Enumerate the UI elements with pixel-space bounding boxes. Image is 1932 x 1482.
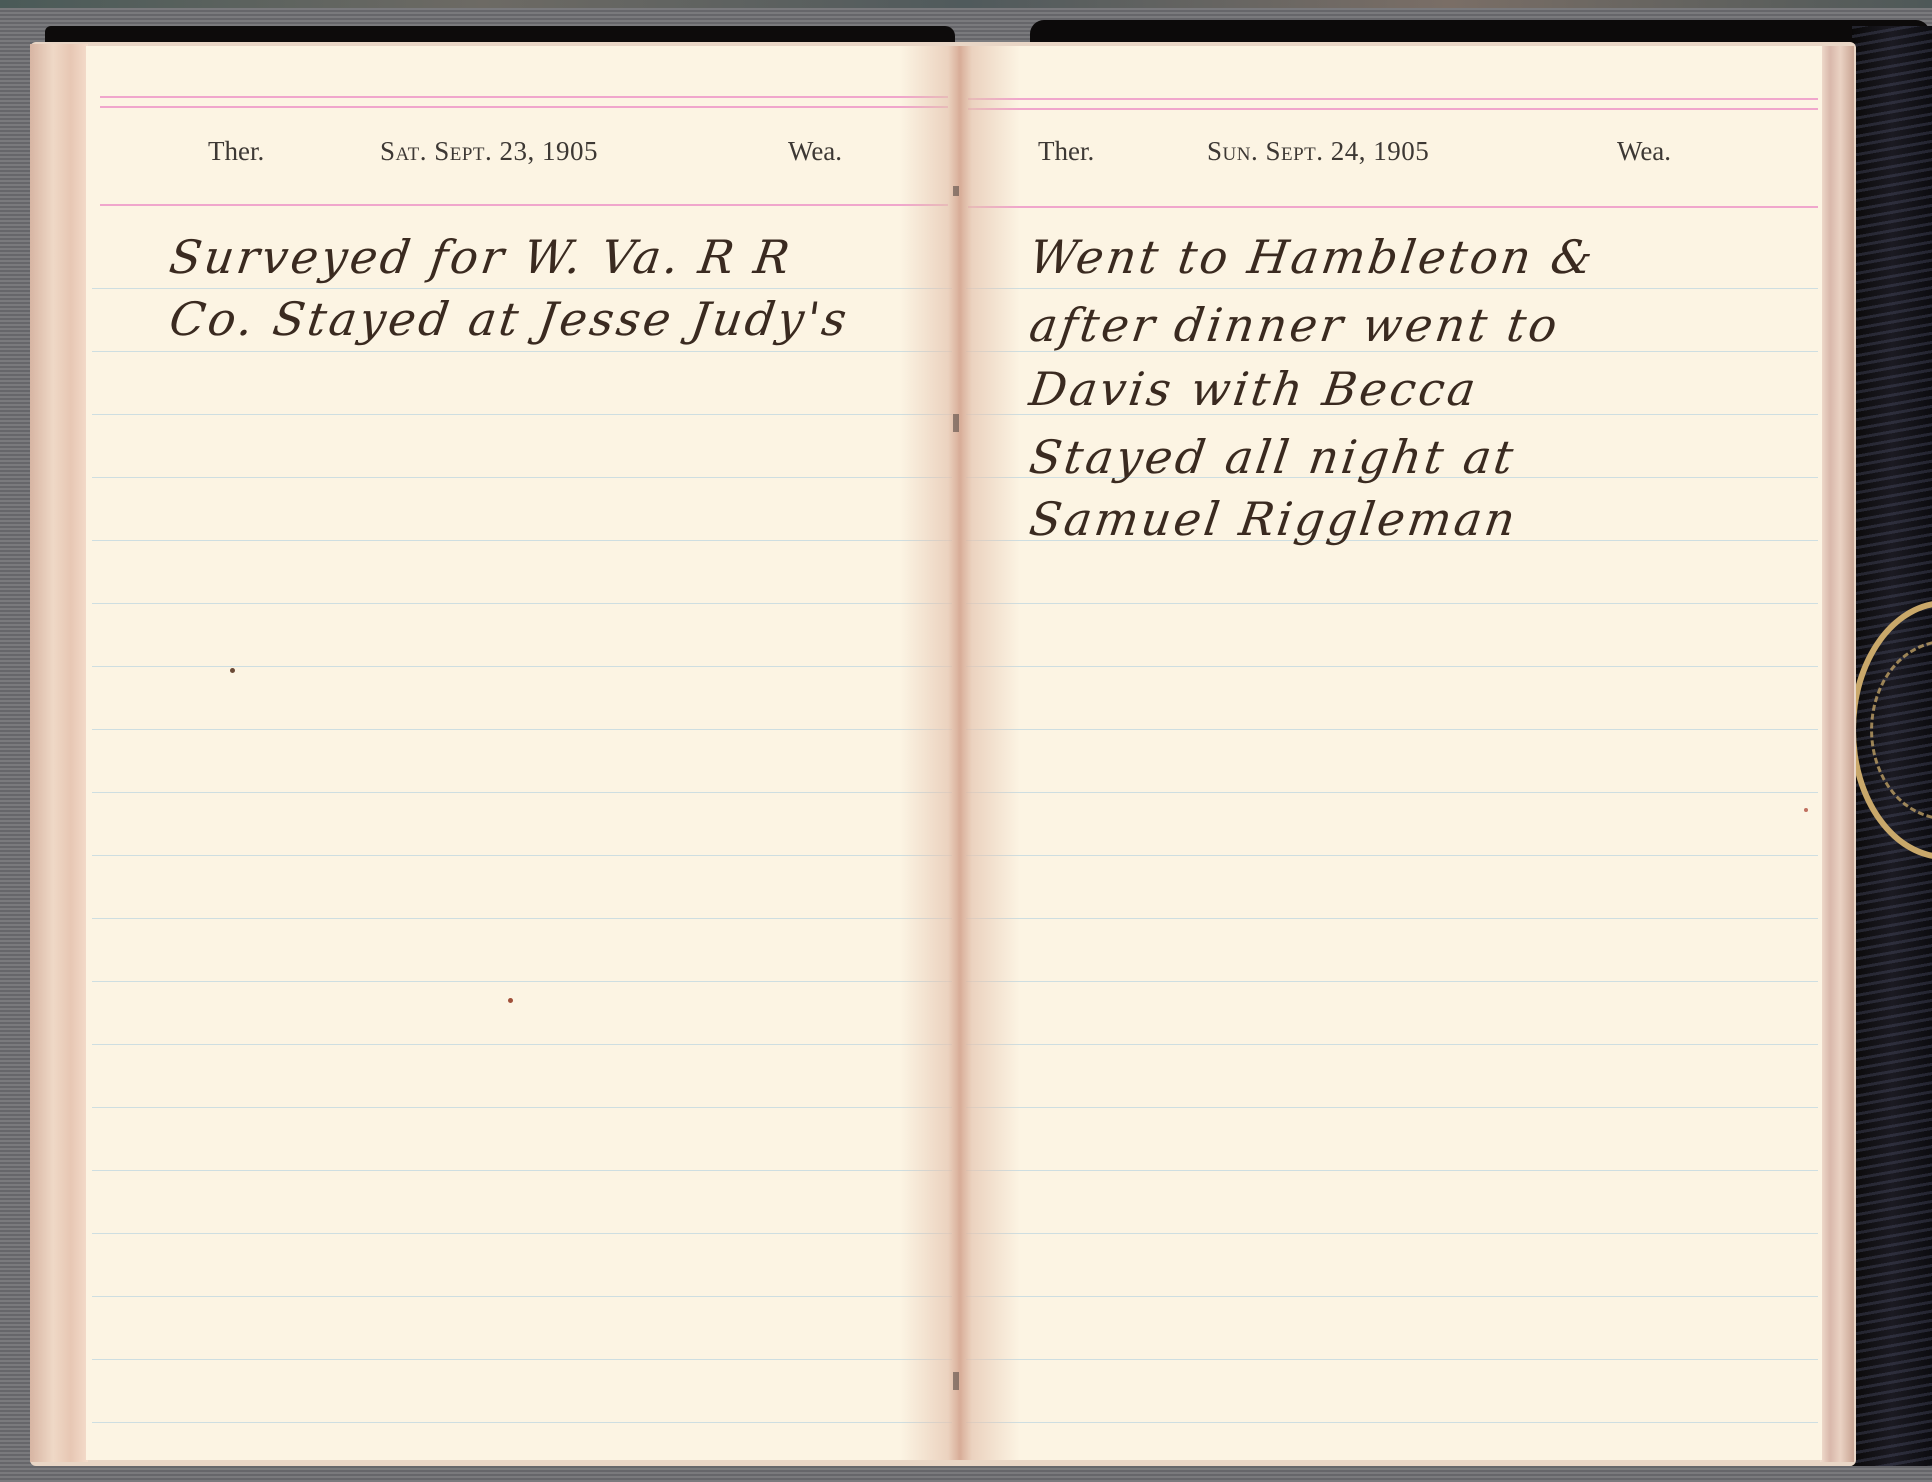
ruled-line xyxy=(966,855,1818,856)
ruled-line xyxy=(92,1044,952,1045)
ruled-line xyxy=(92,288,952,289)
left-header-rule-bottom xyxy=(100,204,948,206)
ruled-line xyxy=(966,603,1818,604)
page-stack-left-edge xyxy=(30,44,88,1462)
right-header-rule-top-2 xyxy=(968,108,1818,110)
ruled-line xyxy=(966,1107,1818,1108)
ruled-line xyxy=(92,477,952,478)
ruled-line xyxy=(966,792,1818,793)
left-date-heading: Sat. Sept. 23, 1905 xyxy=(380,136,598,167)
ruled-line xyxy=(92,540,952,541)
binding-stitch xyxy=(953,1372,959,1390)
ruled-line xyxy=(966,918,1818,919)
ruled-line xyxy=(92,1296,952,1297)
ruled-line xyxy=(966,288,1818,289)
ruled-line xyxy=(92,1233,952,1234)
ruled-line xyxy=(966,1359,1818,1360)
right-entry-line: Davis with Becca xyxy=(1026,362,1482,416)
ruled-line xyxy=(92,855,952,856)
left-entry-line: Surveyed for W. Va. R R xyxy=(166,230,796,284)
ruled-line xyxy=(966,1044,1818,1045)
ruled-line xyxy=(92,1107,952,1108)
ruled-line xyxy=(966,1296,1818,1297)
right-header-rule-top xyxy=(968,98,1818,100)
right-weather-label: Wea. xyxy=(1617,136,1671,167)
left-header-rule-top-2 xyxy=(100,106,948,108)
ruled-line xyxy=(92,603,952,604)
ruled-line xyxy=(966,1170,1818,1171)
ruled-line xyxy=(92,414,952,415)
page-stack-right-edge xyxy=(1820,46,1854,1462)
right-entry-line: Samuel Riggleman xyxy=(1026,492,1521,546)
right-date-heading: Sun. Sept. 24, 1905 xyxy=(1207,136,1429,167)
ruled-line xyxy=(92,351,952,352)
ruled-line xyxy=(966,981,1818,982)
right-entry-line: Stayed all night at xyxy=(1026,430,1519,484)
paper-speck xyxy=(1804,808,1808,812)
paper-speck xyxy=(230,668,235,673)
paper-speck xyxy=(508,998,513,1003)
ruled-line xyxy=(92,918,952,919)
left-header-rule-top xyxy=(100,96,948,98)
left-thermometer-label: Ther. xyxy=(208,136,264,167)
ruled-line xyxy=(966,1422,1818,1423)
ruled-line xyxy=(92,1422,952,1423)
book-gutter xyxy=(900,46,1020,1460)
scan-top-edge xyxy=(0,0,1932,8)
right-thermometer-label: Ther. xyxy=(1038,136,1094,167)
ruled-line xyxy=(92,1359,952,1360)
binding-stitch xyxy=(953,186,959,196)
ruled-line xyxy=(966,666,1818,667)
ruled-line xyxy=(92,981,952,982)
left-weather-label: Wea. xyxy=(788,136,842,167)
left-entry-line: Co. Stayed at Jesse Judy's xyxy=(166,292,853,346)
ruled-line xyxy=(92,792,952,793)
ruled-line xyxy=(966,1233,1818,1234)
ruled-line xyxy=(966,729,1818,730)
right-entry-line: Went to Hambleton & xyxy=(1026,230,1599,284)
ruled-line xyxy=(92,1170,952,1171)
ruled-line xyxy=(92,666,952,667)
ruled-line xyxy=(92,729,952,730)
right-header-rule-bottom xyxy=(968,206,1818,208)
right-entry-line: after dinner went to xyxy=(1026,298,1563,352)
binding-stitch xyxy=(953,414,959,432)
